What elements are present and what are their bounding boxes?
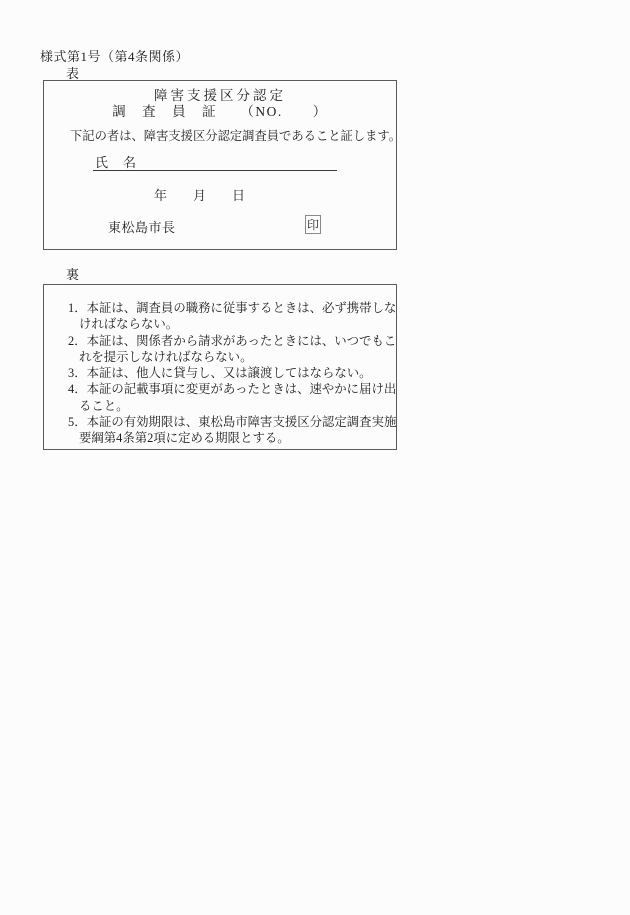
rule-text-line: 4．本証の記載事項に変更があったときは、速やかに届け出: [68, 381, 390, 397]
rule-item-4: 4．本証の記載事項に変更があったときは、速やかに届け出 ること。: [68, 381, 390, 414]
name-field-underline: 氏 名: [93, 152, 337, 171]
rule-text-line: れを提示しなければならない。: [68, 349, 390, 365]
rules-list: 1．本証は、調査員の職務に従事するときは、必ず携帯しな ければならない。 2．本…: [68, 300, 390, 447]
date-field: 年 月 日: [154, 185, 245, 204]
certification-statement: 下記の者は、障害支援区分認定調査員であること証します。: [70, 126, 401, 144]
card-title-line2: 調 査 員 証 （NO. ）: [44, 100, 396, 120]
rule-item-5: 5．本証の有効期限は、東松島市障害支援区分認定調査実施 要綱第4条第2項に定める…: [68, 414, 390, 447]
back-side-label: 裏: [66, 264, 79, 283]
rule-text-line: ること。: [68, 398, 390, 414]
name-label: 氏 名: [95, 155, 137, 170]
rule-text-line: 要綱第4条第2項に定める期限とする。: [68, 430, 390, 446]
rule-item-1: 1．本証は、調査員の職務に従事するときは、必ず携帯しな ければならない。: [68, 300, 390, 333]
rule-text-line: ければならない。: [68, 316, 390, 332]
issuer-label: 東松島市長: [108, 217, 176, 236]
form-number-label: 様式第1号（第4条関係）: [40, 46, 189, 65]
rule-text-line: 3．本証は、他人に貸与し、又は譲渡してはならない。: [68, 365, 390, 381]
rule-item-3: 3．本証は、他人に貸与し、又は譲渡してはならない。: [68, 365, 390, 381]
rule-item-2: 2．本証は、関係者から請求があったときには、いつでもこ れを提示しなければならな…: [68, 333, 390, 366]
back-card: 1．本証は、調査員の職務に従事するときは、必ず携帯しな ければならない。 2．本…: [43, 284, 397, 450]
seal-stamp: 印: [305, 215, 321, 234]
rule-text-line: 5．本証の有効期限は、東松島市障害支援区分認定調査実施: [68, 414, 390, 430]
rule-text-line: 1．本証は、調査員の職務に従事するときは、必ず携帯しな: [68, 300, 390, 316]
document-page: 様式第1号（第4条関係） 表 障害支援区分認定 調 査 員 証 （NO. ） 下…: [0, 0, 630, 915]
front-card: 障害支援区分認定 調 査 員 証 （NO. ） 下記の者は、障害支援区分認定調査…: [43, 80, 397, 250]
seal-character: 印: [307, 216, 319, 233]
rule-text-line: 2．本証は、関係者から請求があったときには、いつでもこ: [68, 333, 390, 349]
